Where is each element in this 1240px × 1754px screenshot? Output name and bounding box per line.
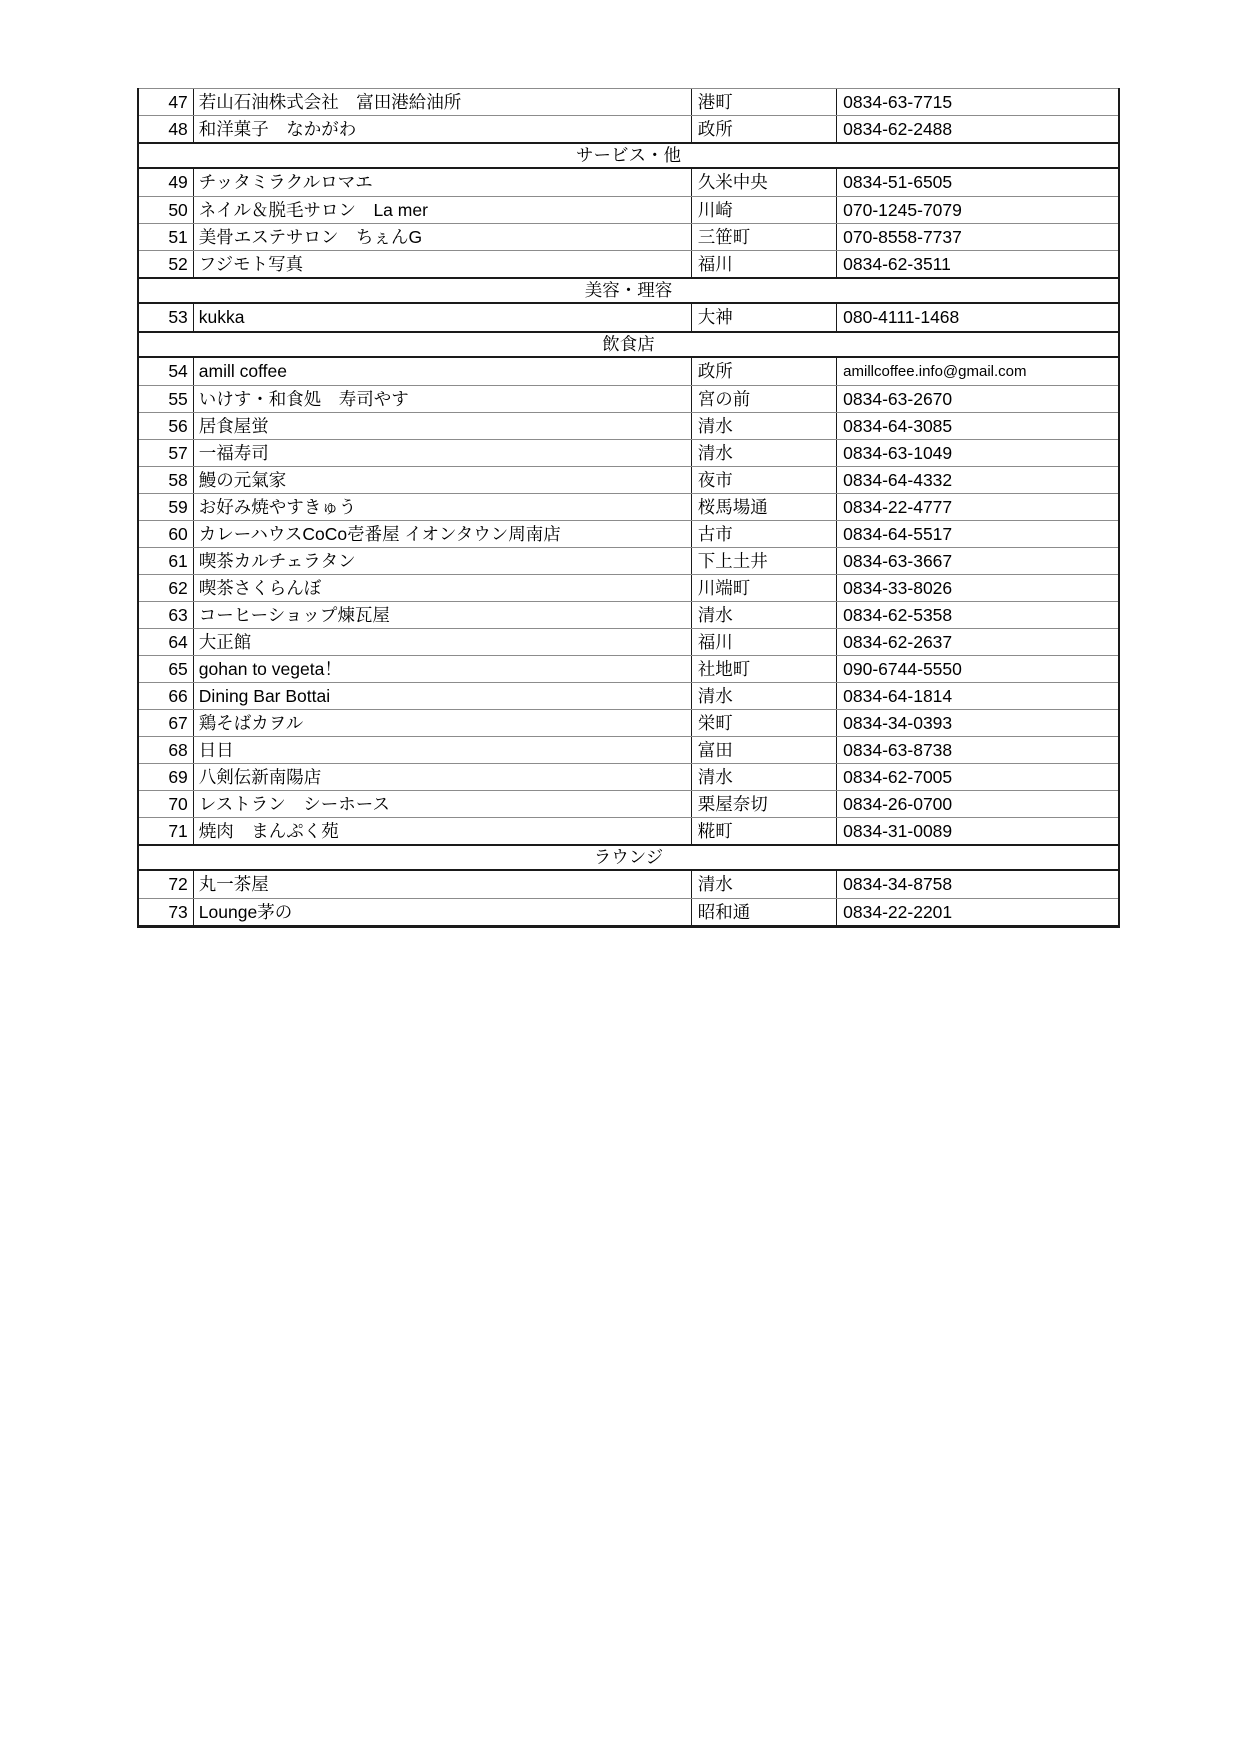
table-row: 66Dining Bar Bottai清水0834-64-1814	[139, 682, 1118, 709]
section-label: 飲食店	[602, 331, 655, 358]
table-row: 54amill coffee政所amillcoffee.info@gmail.c…	[139, 358, 1118, 385]
town-cell: 富田	[692, 737, 837, 763]
row-number-cell: 56	[139, 413, 194, 439]
row-number-cell: 65	[139, 656, 194, 682]
town-cell: 糀町	[692, 818, 837, 844]
row-number-cell: 63	[139, 602, 194, 628]
town-cell: 清水	[692, 440, 837, 466]
name-cell: 喫茶さくらんぼ	[194, 575, 692, 601]
row-number-cell: 68	[139, 737, 194, 763]
contact-cell: 0834-51-6505	[837, 169, 1118, 196]
row-number-cell: 55	[139, 386, 194, 412]
town-cell: 川崎	[692, 197, 837, 223]
contact-cell: 0834-62-5358	[837, 602, 1118, 628]
town-cell: 清水	[692, 602, 837, 628]
contact-cell: 0834-26-0700	[837, 791, 1118, 817]
section-label: 美容・理容	[585, 277, 673, 304]
table-row: 73Lounge茅の昭和通0834-22-2201	[139, 898, 1118, 925]
table-row: 63コーヒーショップ煉瓦屋清水0834-62-5358	[139, 601, 1118, 628]
row-number-cell: 73	[139, 899, 194, 925]
name-cell: 八剣伝新南陽店	[194, 764, 692, 790]
name-cell: 鶏そばカヲル	[194, 710, 692, 736]
name-cell: Lounge茅の	[194, 899, 692, 925]
contact-cell: 0834-22-2201	[837, 899, 1118, 925]
town-cell: 清水	[692, 683, 837, 709]
row-number-cell: 57	[139, 440, 194, 466]
town-cell: 清水	[692, 871, 837, 898]
row-number-cell: 70	[139, 791, 194, 817]
name-cell: amill coffee	[194, 358, 692, 385]
row-number-cell: 54	[139, 358, 194, 385]
table-row: 71焼肉 まんぷく苑糀町0834-31-0089	[139, 817, 1118, 844]
name-cell: gohan to vegeta！	[194, 656, 692, 682]
contact-cell: 0834-62-7005	[837, 764, 1118, 790]
town-cell: 清水	[692, 413, 837, 439]
town-cell: 昭和通	[692, 899, 837, 925]
row-number-cell: 49	[139, 169, 194, 196]
table-row: 57一福寿司清水0834-63-1049	[139, 439, 1118, 466]
town-cell: 久米中央	[692, 169, 837, 196]
table-row: 50ネイル＆脱毛サロン La mer川崎070-1245-7079	[139, 196, 1118, 223]
table-row: 64大正館福川0834-62-2637	[139, 628, 1118, 655]
contact-cell: 070-1245-7079	[837, 197, 1118, 223]
row-number-cell: 62	[139, 575, 194, 601]
contact-cell: 0834-31-0089	[837, 818, 1118, 844]
table-row: 61喫茶カルチェラタン下上土井0834-63-3667	[139, 547, 1118, 574]
name-cell: カレーハウスCoCo壱番屋 イオンタウン周南店	[194, 521, 692, 547]
contact-cell: 0834-62-2637	[837, 629, 1118, 655]
table-row: 65gohan to vegeta！社地町090-6744-5550	[139, 655, 1118, 682]
section-header-row: ラウンジ	[139, 844, 1118, 871]
contact-cell: 0834-63-2670	[837, 386, 1118, 412]
contact-cell: 0834-64-4332	[837, 467, 1118, 493]
table-row: 67鶏そばカヲル栄町0834-34-0393	[139, 709, 1118, 736]
town-cell: 政所	[692, 358, 837, 385]
town-cell: 栗屋奈切	[692, 791, 837, 817]
town-cell: 古市	[692, 521, 837, 547]
table-row: 48和洋菓子 なかがわ政所0834-62-2488	[139, 115, 1118, 142]
contact-cell: 0834-22-4777	[837, 494, 1118, 520]
directory-table: 47若山石油株式会社 富田港給油所港町0834-63-771548和洋菓子 なか…	[137, 88, 1120, 928]
table-row: 59お好み焼やすきゅう桜馬場通0834-22-4777	[139, 493, 1118, 520]
name-cell: kukka	[194, 304, 692, 331]
name-cell: 大正館	[194, 629, 692, 655]
contact-cell: 0834-63-7715	[837, 89, 1118, 115]
name-cell: コーヒーショップ煉瓦屋	[194, 602, 692, 628]
name-cell: フジモト写真	[194, 251, 692, 277]
town-cell: 清水	[692, 764, 837, 790]
name-cell: 日日	[194, 737, 692, 763]
row-number-cell: 47	[139, 89, 194, 115]
row-number-cell: 52	[139, 251, 194, 277]
contact-cell: 0834-33-8026	[837, 575, 1118, 601]
town-cell: 夜市	[692, 467, 837, 493]
row-number-cell: 69	[139, 764, 194, 790]
town-cell: 川端町	[692, 575, 837, 601]
table-row: 69八剣伝新南陽店清水0834-62-7005	[139, 763, 1118, 790]
table-row: 49チッタミラクルロマエ久米中央0834-51-6505	[139, 169, 1118, 196]
name-cell: ネイル＆脱毛サロン La mer	[194, 197, 692, 223]
row-number-cell: 50	[139, 197, 194, 223]
row-number-cell: 60	[139, 521, 194, 547]
table-row: 58鰻の元氣家夜市0834-64-4332	[139, 466, 1118, 493]
table-row: 72丸一茶屋清水0834-34-8758	[139, 871, 1118, 898]
table-row: 47若山石油株式会社 富田港給油所港町0834-63-7715	[139, 88, 1118, 115]
town-cell: 政所	[692, 116, 837, 142]
name-cell: 居食屋蛍	[194, 413, 692, 439]
contact-cell: 0834-64-5517	[837, 521, 1118, 547]
table-row: 52フジモト写真福川0834-62-3511	[139, 250, 1118, 277]
name-cell: お好み焼やすきゅう	[194, 494, 692, 520]
section-header-row: 美容・理容	[139, 277, 1118, 304]
contact-cell: 0834-34-0393	[837, 710, 1118, 736]
section-label: サービス・他	[576, 142, 681, 169]
name-cell: レストラン シーホース	[194, 791, 692, 817]
section-header-row: 飲食店	[139, 331, 1118, 358]
contact-cell: 0834-64-3085	[837, 413, 1118, 439]
document-page: 47若山石油株式会社 富田港給油所港町0834-63-771548和洋菓子 なか…	[0, 0, 1240, 1754]
name-cell: 焼肉 まんぷく苑	[194, 818, 692, 844]
table-row: 51美骨エステサロン ちぇんG三笹町070-8558-7737	[139, 223, 1118, 250]
row-number-cell: 58	[139, 467, 194, 493]
row-number-cell: 67	[139, 710, 194, 736]
row-number-cell: 64	[139, 629, 194, 655]
section-header-row: サービス・他	[139, 142, 1118, 169]
town-cell: 福川	[692, 629, 837, 655]
table-row: 70レストラン シーホース栗屋奈切0834-26-0700	[139, 790, 1118, 817]
contact-cell: amillcoffee.info@gmail.com	[837, 358, 1118, 385]
name-cell: 若山石油株式会社 富田港給油所	[194, 89, 692, 115]
town-cell: 宮の前	[692, 386, 837, 412]
table-row: 68日日富田0834-63-8738	[139, 736, 1118, 763]
contact-cell: 090-6744-5550	[837, 656, 1118, 682]
row-number-cell: 72	[139, 871, 194, 898]
contact-cell: 0834-63-3667	[837, 548, 1118, 574]
town-cell: 下上土井	[692, 548, 837, 574]
contact-cell: 070-8558-7737	[837, 224, 1118, 250]
town-cell: 大神	[692, 304, 837, 331]
town-cell: 港町	[692, 89, 837, 115]
name-cell: チッタミラクルロマエ	[194, 169, 692, 196]
name-cell: 一福寿司	[194, 440, 692, 466]
town-cell: 栄町	[692, 710, 837, 736]
contact-cell: 0834-63-8738	[837, 737, 1118, 763]
row-number-cell: 61	[139, 548, 194, 574]
row-number-cell: 66	[139, 683, 194, 709]
contact-cell: 0834-64-1814	[837, 683, 1118, 709]
name-cell: 喫茶カルチェラタン	[194, 548, 692, 574]
table-row: 55いけす・和食処 寿司やす宮の前0834-63-2670	[139, 385, 1118, 412]
row-number-cell: 71	[139, 818, 194, 844]
row-number-cell: 53	[139, 304, 194, 331]
table-row: 62喫茶さくらんぼ川端町0834-33-8026	[139, 574, 1118, 601]
name-cell: いけす・和食処 寿司やす	[194, 386, 692, 412]
contact-cell: 0834-62-2488	[837, 116, 1118, 142]
contact-cell: 0834-34-8758	[837, 871, 1118, 898]
table-row: 56居食屋蛍清水0834-64-3085	[139, 412, 1118, 439]
contact-cell: 080-4111-1468	[837, 304, 1118, 331]
name-cell: 美骨エステサロン ちぇんG	[194, 224, 692, 250]
town-cell: 社地町	[692, 656, 837, 682]
name-cell: 鰻の元氣家	[194, 467, 692, 493]
contact-cell: 0834-63-1049	[837, 440, 1118, 466]
row-number-cell: 59	[139, 494, 194, 520]
table-row: 60カレーハウスCoCo壱番屋 イオンタウン周南店古市0834-64-5517	[139, 520, 1118, 547]
section-label: ラウンジ	[594, 844, 664, 871]
table-row: 53kukka大神080-4111-1468	[139, 304, 1118, 331]
town-cell: 三笹町	[692, 224, 837, 250]
town-cell: 福川	[692, 251, 837, 277]
row-number-cell: 51	[139, 224, 194, 250]
name-cell: 丸一茶屋	[194, 871, 692, 898]
row-number-cell: 48	[139, 116, 194, 142]
town-cell: 桜馬場通	[692, 494, 837, 520]
contact-cell: 0834-62-3511	[837, 251, 1118, 277]
name-cell: 和洋菓子 なかがわ	[194, 116, 692, 142]
name-cell: Dining Bar Bottai	[194, 683, 692, 709]
